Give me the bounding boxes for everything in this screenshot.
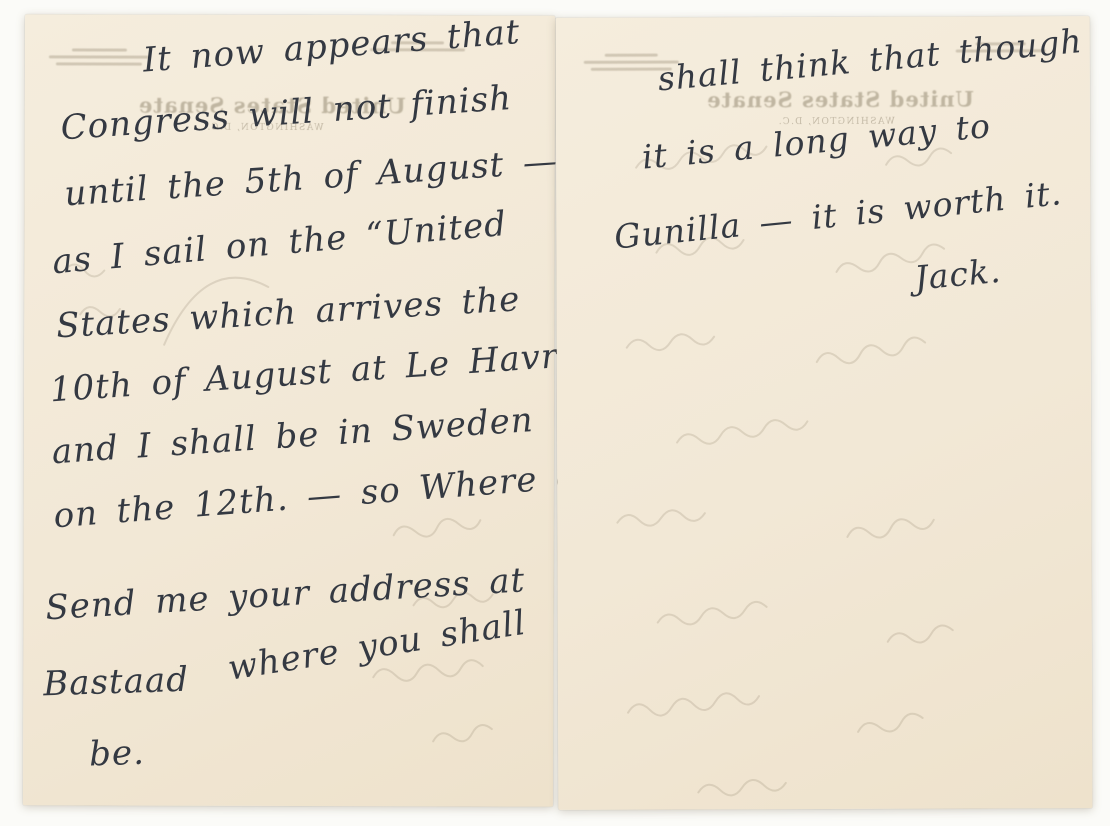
handwriting-line: Congress will not finish	[59, 78, 513, 148]
handwriting-line: where you shall	[225, 603, 529, 689]
handwriting-line: States which arrives the	[55, 279, 521, 346]
letter-page-2: United States Senate WASHINGTON, D.C. sh…	[556, 16, 1093, 810]
signature: Jack.	[913, 251, 1003, 298]
handwriting-line: It now appears that	[141, 12, 521, 81]
handwriting-line: Gunilla — it is worth it.	[612, 173, 1063, 256]
letter-scan: United States Senate WASHINGTON, D.C. It…	[0, 0, 1110, 826]
handwriting-line: as I sail on the “United	[51, 204, 509, 282]
handwriting-line: until the 5th of August —	[63, 141, 559, 214]
handwriting-line: and I shall be in Sweden	[51, 400, 535, 472]
handwriting-line: Bastaad	[43, 660, 190, 705]
letter-page-1: United States Senate WASHINGTON, D.C. It…	[23, 14, 555, 806]
handwriting-line: be.	[88, 733, 145, 775]
handwriting-line: 10th of August at Le Havre-	[49, 334, 593, 410]
bleedthrough-committee-text	[49, 44, 149, 69]
bleedthrough-letterhead: United States Senate	[714, 86, 974, 112]
